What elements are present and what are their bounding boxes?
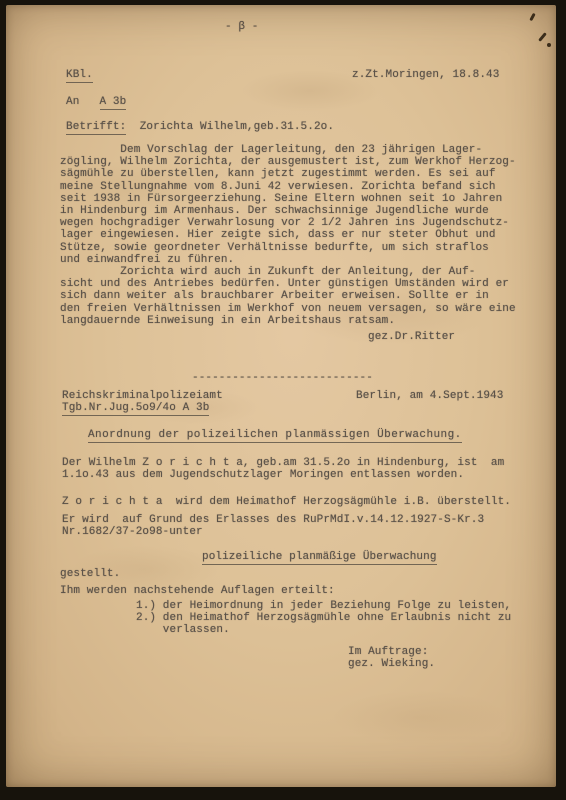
letter2-file-ref: Tgb.Nr.Jug.5o9/4o A 3b — [62, 402, 209, 414]
subject-label: Betrifft: — [66, 121, 126, 135]
document-photo: - β - KBl. z.Zt.Moringen, 18.8.43 An A 3… — [0, 0, 566, 800]
page-number: - β - — [225, 21, 259, 33]
decree-paragraph: Er wird auf Grund des Erlasses des RuPrM… — [62, 514, 484, 538]
letter1-recipient: An A 3b — [66, 96, 126, 108]
surveillance-emphasis-text: polizeiliche planmäßige Überwachung — [202, 551, 437, 565]
surveillance-emphasis: polizeiliche planmäßige Überwachung — [202, 551, 437, 563]
letter2-dateline: Berlin, am 4.Sept.1943 — [356, 390, 503, 402]
letter1-body: Dem Vorschlag der Lagerleitung, den 23 j… — [60, 144, 516, 327]
transfer-paragraph: Z o r i c h t a wird dem Heimathof Herzo… — [62, 496, 511, 508]
letter2-sender: Reichskriminalpolizeiamt — [62, 390, 223, 402]
letter1-ref-text: KBl. — [66, 69, 93, 83]
order-heading: Anordnung der polizeilichen planmässigen… — [88, 429, 462, 441]
letter1-signature: gez.Dr.Ritter — [368, 331, 455, 343]
subject-value: Zorichta Wilhelm,geb.31.5.2o. — [140, 121, 334, 133]
letter1-subject: Betrifft: Zorichta Wilhelm,geb.31.5.2o. — [66, 121, 334, 133]
separator-line: --------------------------- — [192, 372, 373, 384]
closing-line: Im Auftrage: — [348, 646, 428, 658]
to-value: A 3b — [100, 96, 127, 110]
letter1-dateline: z.Zt.Moringen, 18.8.43 — [352, 69, 499, 81]
order-heading-text: Anordnung der polizeilichen planmässigen… — [88, 429, 462, 443]
release-paragraph: Der Wilhelm Z o r i c h t a, geb.am 31.5… — [62, 457, 504, 481]
letter1-ref: KBl. — [66, 69, 93, 81]
to-label: An — [66, 96, 79, 108]
conditions-intro: Ihm werden nachstehende Auflagen erteilt… — [60, 585, 335, 597]
conditions-list: 1.) der Heimordnung in jeder Beziehung F… — [136, 600, 511, 637]
letter2-file-ref-text: Tgb.Nr.Jug.5o9/4o A 3b — [62, 402, 209, 416]
letter2-signature: gez. Wieking. — [348, 658, 435, 670]
after-emphasis: gestellt. — [60, 568, 120, 580]
typewritten-content: - β - KBl. z.Zt.Moringen, 18.8.43 An A 3… — [0, 0, 566, 800]
